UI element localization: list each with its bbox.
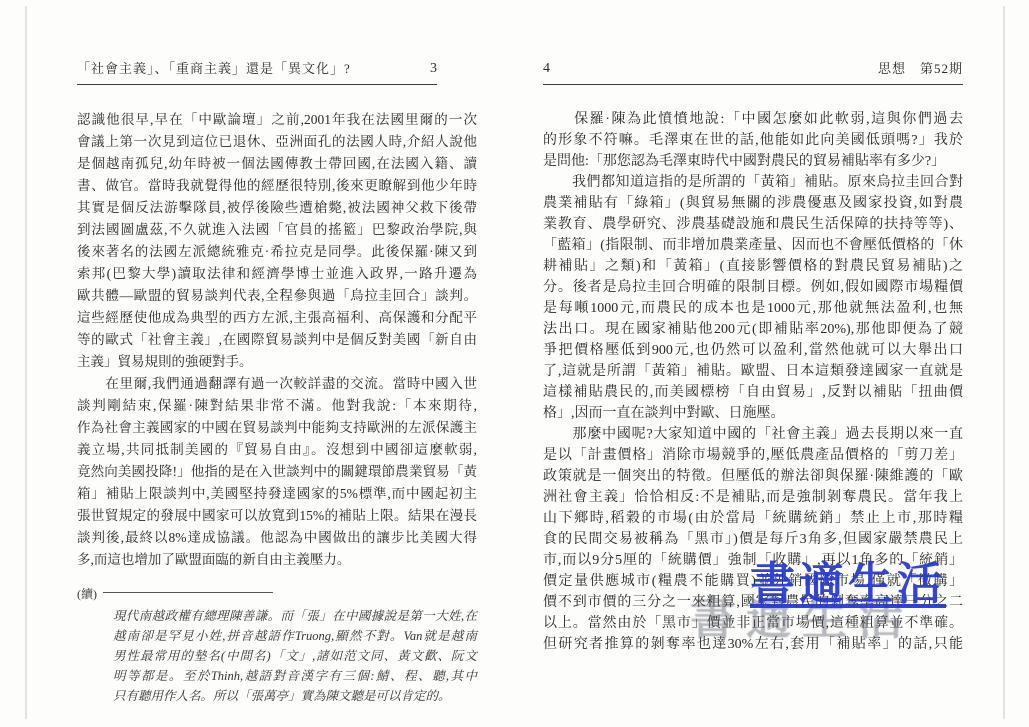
text-line: 多,而這也增加了歐盟面臨的新自由主義壓力。 bbox=[77, 549, 477, 571]
page-edge-shadow-left bbox=[25, 6, 27, 719]
paragraph: 在里爾,我們通過翻譯有過一次較詳盡的交流。當時中國入世談判剛結束,保羅·陳對結果… bbox=[77, 373, 477, 571]
left-page: 「社會主義」、「重商主義」還是「異文化」? 3 認識他很早,早在「中歐論壇」之前… bbox=[77, 58, 477, 706]
text-line: 分。後者是烏拉圭回合明確的限制目標。例如,假如國際市場糧價 bbox=[543, 277, 963, 298]
watermark: 書適生活 bbox=[750, 547, 946, 612]
text-line: 政策就是一個突出的特徵。但壓低的辦法卻與保羅·陳維護的「歐 bbox=[543, 466, 963, 487]
footnote: (續) 現代南越政權有總理陳善謙。而「張」在中國據說是第一大姓,在越南卻是罕見小… bbox=[77, 585, 477, 706]
text-line: 了,這就是所謂「黃箱」補貼。歐盟、日本這類發達國家一直就是 bbox=[543, 361, 963, 382]
text-line: 只有聽用作人名。所以「張萬亭」實為陳文聽是可以肯定的。 bbox=[113, 686, 477, 706]
left-page-body: 認識他很早,早在「中歐論壇」之前,2001年我在法國里爾的一次會議上第一次見到這… bbox=[77, 109, 477, 571]
right-page-header: 4 思想 第52期 bbox=[543, 58, 963, 85]
text-line: 這樣補貼農民的,而美國標榜「自由貿易」,反對以補貼「扭曲價 bbox=[543, 382, 963, 403]
text-line: 保羅·陳為此憤憤地說:「中國怎麼如此軟弱,這與你們過去 bbox=[543, 109, 963, 130]
text-line: 越南卻是罕見小姓,拼音越語作Truong,顯然不對。Van就是越南 bbox=[113, 626, 477, 646]
paragraph: 認識他很早,早在「中歐論壇」之前,2001年我在法國里爾的一次會議上第一次見到這… bbox=[77, 109, 477, 373]
text-line: 洲社會主義」恰恰相反:不是補貼,而是強制剝奪農民。當年我上 bbox=[543, 487, 963, 508]
scanned-book-spread: 「社會主義」、「重商主義」還是「異文化」? 3 認識他很早,早在「中歐論壇」之前… bbox=[0, 0, 1029, 727]
text-line: 是問他:「那您認為毛澤東時代中國對農民的貿易補貼率有多少?」 bbox=[543, 151, 963, 172]
text-line: 談判剛結束,保羅·陳對結果非常不滿。他對我說:「本來期待, bbox=[77, 395, 477, 417]
text-line: 其實是個反法游擊隊員,被俘後險些遭槍斃,被法國神父救下後帶 bbox=[77, 197, 477, 219]
page-number-right: 4 bbox=[543, 61, 550, 77]
text-line: 到法國圖盧茲,不久就進入法國「官員的搖籃」巴黎政治學院,與 bbox=[77, 219, 477, 241]
paragraph: 現代南越政權有總理陳善謙。而「張」在中國據說是第一大姓,在越南卻是罕見小姓,拼音… bbox=[113, 606, 477, 706]
footnote-continuation-marker: (續) bbox=[77, 585, 97, 602]
text-line: 那麼中國呢?大家知道中國的「社會主義」過去長期以來一直 bbox=[543, 424, 963, 445]
text-line: 的形象不符嘛。毛澤東在世的話,他能如此向美國低頭嗎?」我於 bbox=[543, 130, 963, 151]
text-line: 會議上第一次見到這位已退休、亞洲面孔的法國人時,介紹人說他 bbox=[77, 131, 477, 153]
text-line: 作為社會主義國家的中國在貿易談判中能夠支持歐洲的左派保護主 bbox=[77, 417, 477, 439]
text-line: 等的歐式「社會主義」,在國際貿易談判中是個反對美國「新自由 bbox=[77, 329, 477, 351]
journal-title: 思想 第52期 bbox=[878, 58, 963, 77]
text-line: 張世貿規定的發展中國家可以放寬到15%的補貼上限。結果在漫長 bbox=[77, 505, 477, 527]
text-line: 歐共體—歐盟的貿易談判代表,全程參與過「烏拉圭回合」談判。 bbox=[77, 285, 477, 307]
text-line: 明等都是。至於Thinh,越語對音漢字有三個:鯖、程、聽,其中 bbox=[113, 666, 477, 686]
paragraph: 我們都知道這指的是所謂的「黃箱」補貼。原來烏拉圭回合對農業補貼有「綠箱」(與貿易… bbox=[543, 172, 963, 424]
footnote-text: 現代南越政權有總理陳善謙。而「張」在中國據說是第一大姓,在越南卻是罕見小姓,拼音… bbox=[113, 606, 477, 706]
text-line: 義立場,共同抵制美國的『貿易自由』。沒想到中國卻這麼軟弱, bbox=[77, 439, 477, 461]
text-line: 談判後,最終以8%達成協議。他認為中國做出的讓步比美國大得 bbox=[77, 527, 477, 549]
text-line: 耕補貼」之類)和「黃箱」(直接影響價格的對農民貿易補貼)之 bbox=[543, 256, 963, 277]
footnote-header: (續) bbox=[77, 585, 477, 602]
text-line: 「藍箱」(指限制、而非增加農業產量、因而也不會壓低價格的「休 bbox=[543, 235, 963, 256]
text-line: 箱」補貼上限談判中,美國堅持發達國家的5%標準,而中國起初主 bbox=[77, 483, 477, 505]
text-line: 業教育、農學研究、涉農基礎設施和農民生活保障的扶持等等)、 bbox=[543, 214, 963, 235]
paragraph: 保羅·陳為此憤憤地說:「中國怎麼如此軟弱,這與你們過去的形象不符嘛。毛澤東在世的… bbox=[543, 109, 963, 172]
text-line: 在里爾,我們通過翻譯有過一次較詳盡的交流。當時中國入世 bbox=[77, 373, 477, 395]
text-line: 這些經歷使他成為典型的西方左派,主張高福利、高保護和分配平 bbox=[77, 307, 477, 329]
text-line: 是每噸1000元,而農民的成本也是1000元,那他就無法盈利,也無 bbox=[543, 298, 963, 319]
text-line: 格」,因而一直在談判中對歐、日施壓。 bbox=[543, 403, 963, 424]
text-line: 認識他很早,早在「中歐論壇」之前,2001年我在法國里爾的一次 bbox=[77, 109, 477, 131]
text-line: 法出口。現在國家補貼他200元(即補貼率20%),那他即便為了競 bbox=[543, 319, 963, 340]
text-line: 男性最常用的墊名(中間名)「文」,諸如范文同、黃文歡、阮文 bbox=[113, 646, 477, 666]
text-line: 竟然向美國投降!」他指的是在入世談判中的關鍵環節農業貿易「黃 bbox=[77, 461, 477, 483]
text-line: 山下鄉時,稻穀的市場(由於當局「統購統銷」禁止上市,那時糧 bbox=[543, 508, 963, 529]
left-page-header: 「社會主義」、「重商主義」還是「異文化」? 3 bbox=[77, 58, 437, 85]
text-line: 後來著名的法國左派總統雅克·希拉克是同學。此後保羅·陳又到 bbox=[77, 241, 477, 263]
article-title: 「社會主義」、「重商主義」還是「異文化」? bbox=[77, 58, 351, 77]
page-edge-shadow-right bbox=[1003, 6, 1005, 719]
text-line: 主義」貿易規則的強硬對手。 bbox=[77, 351, 477, 373]
text-line: 我們都知道這指的是所謂的「黃箱」補貼。原來烏拉圭回合對 bbox=[543, 172, 963, 193]
text-line: 書、做官。當時我就覺得他的經歷很特別,後來更瞭解到他少年時 bbox=[77, 175, 477, 197]
text-line: 是個越南孤兒,幼年時被一個法國傳教士帶回國,在法國入籍、讀 bbox=[77, 153, 477, 175]
text-line: 索邦(巴黎大學)讀取法律和經濟學博士並進入政界,一路升遷為 bbox=[77, 263, 477, 285]
page-number-left: 3 bbox=[430, 61, 437, 77]
footnote-rule bbox=[103, 592, 273, 593]
text-line: 現代南越政權有總理陳善謙。而「張」在中國據說是第一大姓,在 bbox=[113, 606, 477, 626]
text-line: 是以「計畫價格」消除市場競爭的,壓低農產品價格的「剪刀差」 bbox=[543, 445, 963, 466]
text-line: 爭把價格壓低到900元,也仍然可以盈利,當然他就可以大舉出口 bbox=[543, 340, 963, 361]
text-line: 農業補貼有「綠箱」(與貿易無關的涉農優惠及國家投資,如對農 bbox=[543, 193, 963, 214]
